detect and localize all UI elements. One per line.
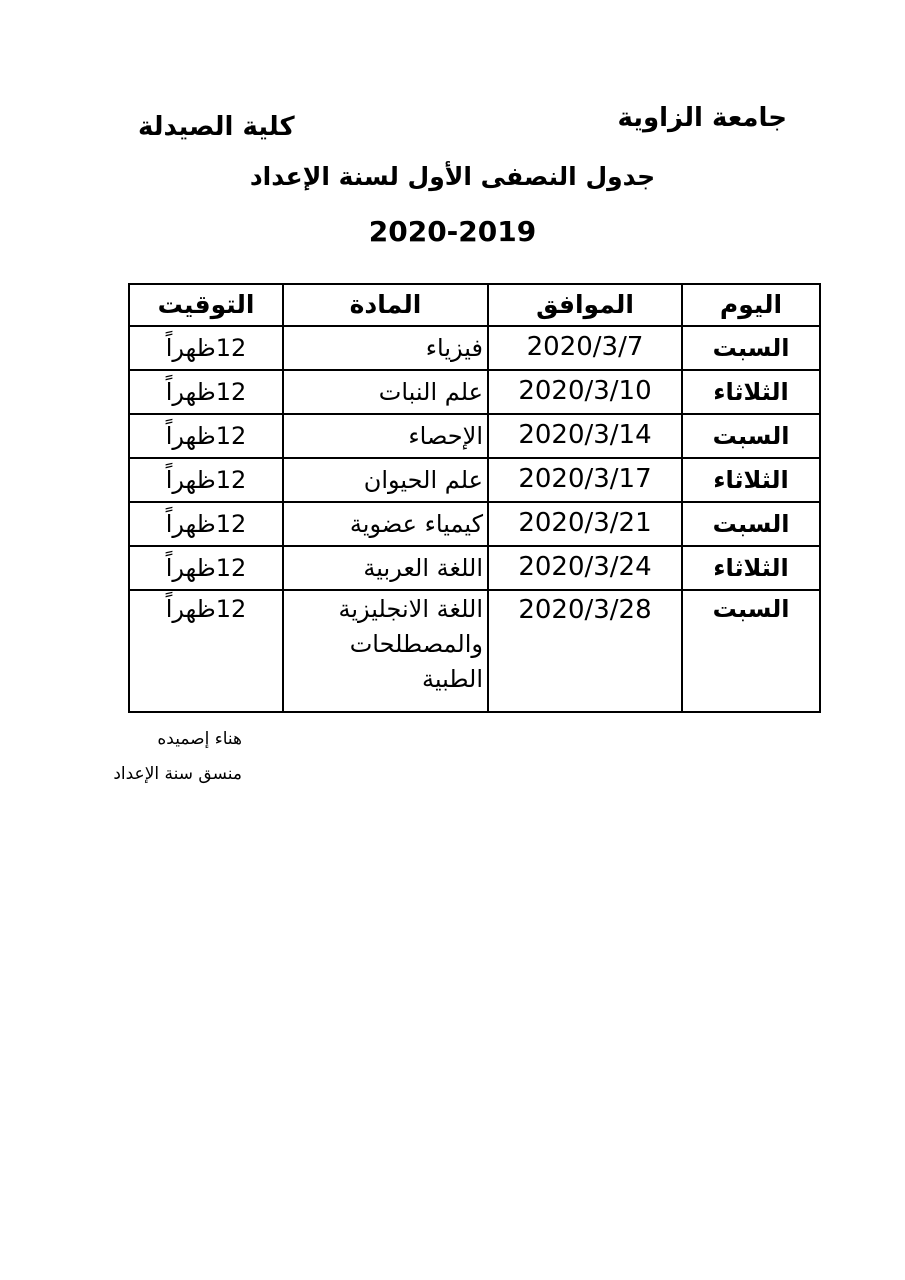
table-row: الثلاثاء 2020/3/10 علم النبات 12ظهراً <box>129 370 820 414</box>
date-cell: 2020/3/24 <box>488 546 682 590</box>
time-cell: 12ظهراً <box>129 458 283 502</box>
column-header-subject: المادة <box>283 284 488 326</box>
subject-cell: الإحصاء <box>283 414 488 458</box>
coordinator-name: هناء إصميده <box>113 729 242 749</box>
date-cell: 2020/3/10 <box>488 370 682 414</box>
subject-cell: علم الحيوان <box>283 458 488 502</box>
date-cell: 2020/3/28 <box>488 590 682 712</box>
page-header: جامعة الزاوية كلية الصيدلة <box>138 103 787 142</box>
time-cell: 12ظهراً <box>129 326 283 370</box>
subject-cell: اللغة العربية <box>283 546 488 590</box>
day-cell: الثلاثاء <box>682 370 820 414</box>
day-cell: السبت <box>682 414 820 458</box>
table-row: السبت 2020/3/28 اللغة الانجليزية والمصطل… <box>129 590 820 712</box>
faculty-name: كلية الصيدلة <box>138 112 295 142</box>
exam-schedule-table: اليوم الموافق المادة التوقيت السبت 2020/… <box>128 283 821 713</box>
table-row: الثلاثاء 2020/3/17 علم الحيوان 12ظهراً <box>129 458 820 502</box>
signature-block: هناء إصميده منسق سنة الإعداد <box>113 729 242 784</box>
date-cell: 2020/3/14 <box>488 414 682 458</box>
day-cell: السبت <box>682 326 820 370</box>
day-cell: الثلاثاء <box>682 546 820 590</box>
subject-cell: اللغة الانجليزية والمصطلحات الطبية <box>283 590 488 712</box>
time-cell: 12ظهراً <box>129 590 283 712</box>
document-page: { "header": { "university": "جامعة الزاو… <box>0 0 905 1280</box>
time-cell: 12ظهراً <box>129 370 283 414</box>
column-header-date: الموافق <box>488 284 682 326</box>
table-row: السبت 2020/3/21 كيمياء عضوية 12ظهراً <box>129 502 820 546</box>
document-title: جدول النصفى الأول لسنة الإعداد <box>0 162 905 191</box>
time-cell: 12ظهراً <box>129 546 283 590</box>
table-header-row: اليوم الموافق المادة التوقيت <box>129 284 820 326</box>
date-cell: 2020/3/21 <box>488 502 682 546</box>
day-cell: السبت <box>682 590 820 712</box>
table-row: الثلاثاء 2020/3/24 اللغة العربية 12ظهراً <box>129 546 820 590</box>
date-cell: 2020/3/17 <box>488 458 682 502</box>
university-name: جامعة الزاوية <box>617 103 787 133</box>
coordinator-title: منسق سنة الإعداد <box>113 764 242 784</box>
day-cell: الثلاثاء <box>682 458 820 502</box>
table-row: السبت 2020/3/7 فيزياء 12ظهراً <box>129 326 820 370</box>
table-row: السبت 2020/3/14 الإحصاء 12ظهراً <box>129 414 820 458</box>
subject-cell: علم النبات <box>283 370 488 414</box>
subject-cell: كيمياء عضوية <box>283 502 488 546</box>
time-cell: 12ظهراً <box>129 414 283 458</box>
column-header-day: اليوم <box>682 284 820 326</box>
time-cell: 12ظهراً <box>129 502 283 546</box>
subject-cell: فيزياء <box>283 326 488 370</box>
column-header-time: التوقيت <box>129 284 283 326</box>
academic-year: 2020-2019 <box>0 215 905 248</box>
day-cell: السبت <box>682 502 820 546</box>
date-cell: 2020/3/7 <box>488 326 682 370</box>
